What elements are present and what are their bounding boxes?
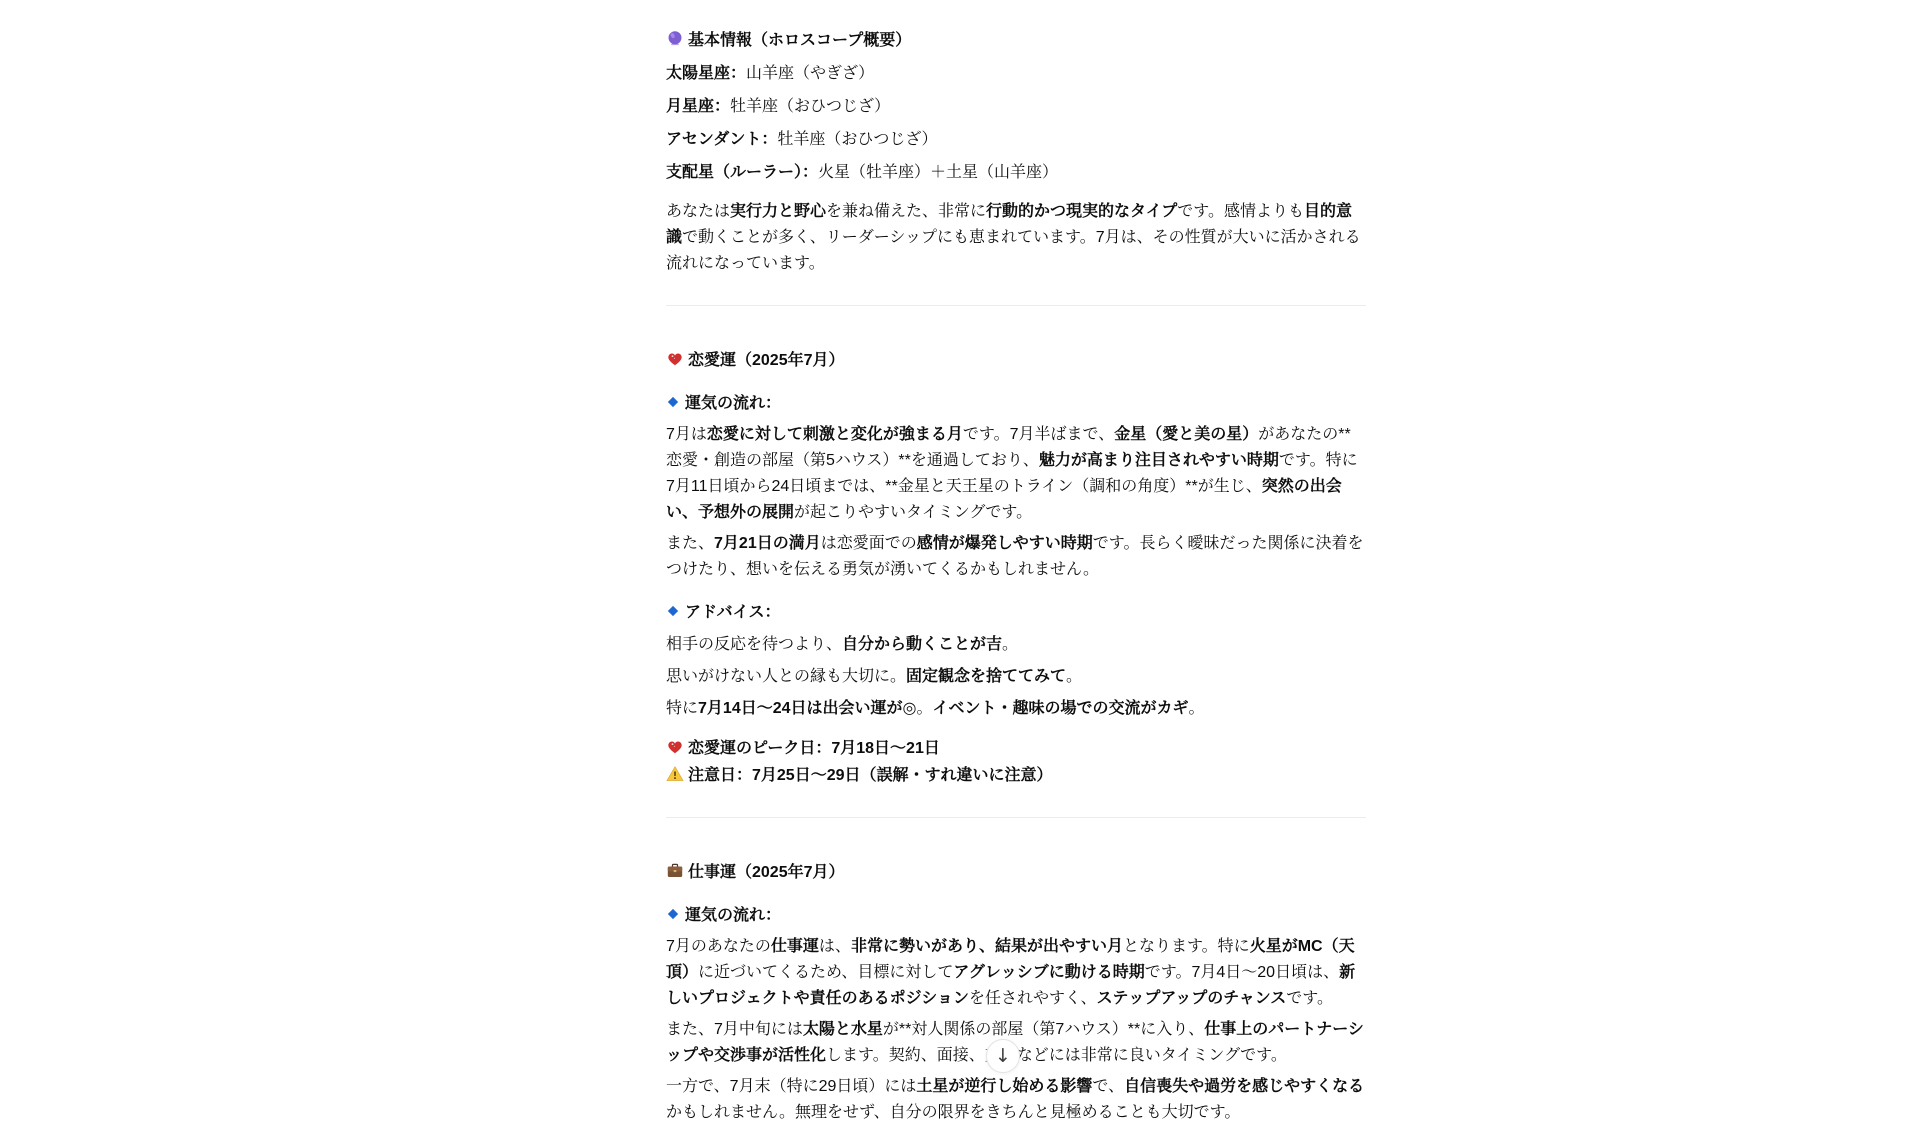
advice-line: 特に7月14日～24日は出会い運が◎。イベント・趣味の場での交流がカギ。 xyxy=(666,696,1366,722)
text-run: イベント・趣味の場での交流がカギ xyxy=(933,700,1189,717)
key-date-line: 注意日：7月25日～29日（誤解・すれ違いに注意） xyxy=(666,762,1366,789)
text-run: で動くことが多く、リーダーシップにも恵まれています。7月は、その性質が大いに活か… xyxy=(666,229,1361,272)
text-run: 太陽と水星 xyxy=(803,1021,883,1038)
blue-diamond-icon xyxy=(666,395,680,409)
text-run: が起こりやすいタイミングです。 xyxy=(794,504,1032,521)
section-heading: 基本情報（ホロスコープ概要） xyxy=(666,28,1366,54)
text-run: を兼ね備えた、非常に xyxy=(826,203,986,220)
sparkling-heart-icon xyxy=(666,350,684,368)
text-run: 思いがけない人との縁も大切に。 xyxy=(666,668,906,685)
info-line: 太陽星座：山羊座（やぎざ） xyxy=(666,61,1366,87)
text-run: 。 xyxy=(1189,700,1205,717)
section-heading: 恋愛運（2025年7月） xyxy=(666,348,1366,374)
text-run: 特に xyxy=(666,700,698,717)
key-date-line: 恋愛運のピーク日：7月18日～21日 xyxy=(666,735,1366,762)
sparkling-heart-icon xyxy=(666,738,684,756)
paragraph: 一方で、7月末（特に29日頃）には土星が逆行し始める影響で、自信喪失や過労を感じ… xyxy=(666,1074,1366,1080)
text-run: は、 xyxy=(819,938,851,955)
text-run: 。 xyxy=(1002,636,1018,653)
text-run: 運気の流れ： xyxy=(685,395,781,412)
text-run: ステップアップのチャンス xyxy=(1097,990,1287,1007)
paragraph: あなたは実行力と野心を兼ね備えた、非常に行動的かつ現実的なタイプです。感情よりも… xyxy=(666,199,1366,277)
text-run: 火星（牡羊座）＋土星（山羊座） xyxy=(818,164,1058,181)
section-heading: 仕事運（2025年7月） xyxy=(666,860,1366,886)
text-run: 注意日：7月25日～29日 xyxy=(688,767,861,784)
text-run: 魅力が高まり注目されやすい時期 xyxy=(1039,452,1279,469)
text-run: 基本情報（ホロスコープ概要） xyxy=(688,32,911,49)
text-run: 相手の反応を待つより、 xyxy=(666,636,842,653)
text-run: 月星座： xyxy=(666,98,730,115)
text-run: アドバイス： xyxy=(685,604,781,621)
text-run: あなたは xyxy=(666,203,730,220)
paragraph: また、7月21日の満月は恋愛面での感情が爆発しやすい時期です。長らく曖昧だった関… xyxy=(666,531,1366,583)
text-run: 自分から動くことが吉 xyxy=(842,636,1002,653)
text-run: 行動的かつ現実的なタイプ xyxy=(986,203,1177,220)
text-run: 7月は xyxy=(666,426,707,443)
text-run: 金星（愛と美の星） xyxy=(1114,426,1258,443)
section-divider xyxy=(666,305,1366,306)
text-run: 恋愛運（2025年7月） xyxy=(688,352,845,369)
horoscope-report: 基本情報（ホロスコープ概要）太陽星座：山羊座（やぎざ）月星座：牡羊座（おひつじざ… xyxy=(666,0,1366,1080)
text-run: 仕事運（2025年7月） xyxy=(688,864,845,881)
sub-heading: 運気の流れ： xyxy=(666,903,1366,929)
text-run: となります。特に xyxy=(1123,938,1250,955)
text-run: 7月14日～24日は出会い運が◎ xyxy=(698,700,916,717)
text-run: アセンダント： xyxy=(666,131,777,148)
text-run: 7月21日の満月 xyxy=(714,535,821,552)
text-run: を任されやすく、 xyxy=(969,990,1097,1007)
text-run: です。感情よりも xyxy=(1177,203,1304,220)
text-run: 非常に勢いがあり、結果が出やすい月 xyxy=(851,938,1123,955)
info-line: 月星座：牡羊座（おひつじざ） xyxy=(666,94,1366,120)
text-run: また、 xyxy=(666,535,714,552)
section-divider xyxy=(666,817,1366,818)
blue-diamond-icon xyxy=(666,907,680,921)
key-dates: 恋愛運のピーク日：7月18日～21日注意日：7月25日～29日（誤解・すれ違いに… xyxy=(666,735,1366,789)
text-run: に近づいてくるため、目標に対して xyxy=(698,964,953,981)
text-run: です。 xyxy=(1286,990,1333,1007)
text-run: は恋愛面での xyxy=(821,535,917,552)
advice-line: 相手の反応を待つより、自分から動くことが吉。 xyxy=(666,632,1366,658)
text-run: 。 xyxy=(1066,668,1082,685)
text-run: 実行力と野心 xyxy=(730,203,826,220)
text-run: 。 xyxy=(916,700,932,717)
text-run: です。7月半ばまで、 xyxy=(963,426,1114,443)
text-run: 牡羊座（おひつじざ） xyxy=(730,98,890,115)
advice-line: 思いがけない人との縁も大切に。固定観念を捨ててみて。 xyxy=(666,664,1366,690)
text-run: （誤解・すれ違いに注意） xyxy=(861,767,1053,784)
paragraph: 7月は恋愛に対して刺激と変化が強まる月です。7月半ばまで、金星（愛と美の星）があ… xyxy=(666,422,1366,526)
briefcase-icon xyxy=(666,862,684,880)
info-line: アセンダント：牡羊座（おひつじざ） xyxy=(666,127,1366,153)
text-run: 感情が爆発しやすい時期 xyxy=(917,535,1093,552)
text-run: 固定観念を捨ててみて xyxy=(906,668,1066,685)
blue-diamond-icon xyxy=(666,604,680,618)
text-run: が**対人関係の部屋（第7ハウス）**に入り、 xyxy=(883,1021,1204,1038)
text-run: アグレッシブに動ける時期 xyxy=(953,964,1144,981)
warning-icon xyxy=(666,765,684,783)
text-run: 牡羊座（おひつじざ） xyxy=(777,131,937,148)
scroll-to-bottom-button[interactable]: ↓ xyxy=(986,1039,1020,1073)
sub-heading: アドバイス： xyxy=(666,600,1366,626)
text-run: 支配星（ルーラー）： xyxy=(666,164,818,181)
text-run: 仕事運 xyxy=(771,938,819,955)
text-run: 太陽星座： xyxy=(666,65,746,82)
text-run: 恋愛運のピーク日：7月18日～21日 xyxy=(688,740,940,757)
crystal-ball-icon xyxy=(666,30,684,48)
text-run: 7月のあなたの xyxy=(666,938,771,955)
text-run: また、7月中旬には xyxy=(666,1021,803,1038)
text-run: です。7月4日～20日頃は、 xyxy=(1145,964,1339,981)
sub-heading: 運気の流れ： xyxy=(666,391,1366,417)
text-run: 恋愛に対して刺激と変化が強まる月 xyxy=(707,426,963,443)
paragraph: 7月のあなたの仕事運は、非常に勢いがあり、結果が出やすい月となります。特に火星が… xyxy=(666,934,1366,1012)
text-run: します。契約、面接、交渉などには非常に良いタイミングです。 xyxy=(826,1047,1287,1064)
arrow-down-icon: ↓ xyxy=(995,1047,1011,1066)
text-run: 山羊座（やぎざ） xyxy=(746,65,874,82)
info-line: 支配星（ルーラー）：火星（牡羊座）＋土星（山羊座） xyxy=(666,160,1366,186)
text-run: 運気の流れ： xyxy=(685,907,781,924)
